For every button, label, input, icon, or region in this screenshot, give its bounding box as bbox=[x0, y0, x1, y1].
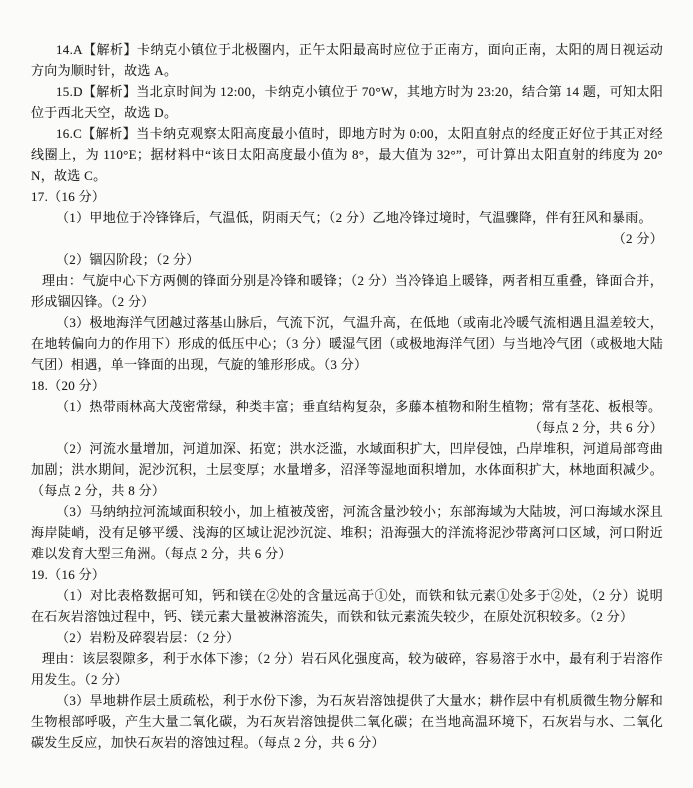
answer-15: 15.D【解析】当北京时间为 12:00，卡纳克小镇位于 70°W，其地方时为 … bbox=[31, 81, 663, 123]
answer-18-part1: （1）热带雨林高大茂密常绿，种类丰富；垂直结构复杂，多藤本植物和附生植物；常有茎… bbox=[31, 396, 663, 417]
answer-18-part2: （2）河流水量增加，河道加深、拓宽；洪水泛滥，水域面积扩大，凹岸侵蚀，凸岸堆积，… bbox=[31, 438, 663, 501]
answer-17-part2-reason: 理由：气旋中心下方两侧的锋面分别是冷锋和暖锋；（2 分）当冷锋追上暖锋，两者相互… bbox=[31, 270, 663, 312]
answer-key-text-column: 14.A【解析】卡纳克小镇位于北极圈内，正午太阳最高时应位于正南方，面向正南，太… bbox=[31, 39, 663, 753]
answer-19-part2-reason: 理由：该层裂隙多，利于水体下渗；（2 分）岩石风化强度高，较为破碎，容易溶于水中… bbox=[31, 648, 663, 690]
question-19-header: 19.（16 分） bbox=[31, 564, 663, 585]
question-17-header: 17.（16 分） bbox=[31, 186, 663, 207]
answer-17-part3: （3）极地海洋气团越过落基山脉后，气流下沉，气温升高，在低地（或南北冷暖气流相遇… bbox=[31, 312, 663, 375]
answer-17-part1-score: （2 分） bbox=[31, 228, 663, 249]
answer-19-part2: （2）岩粉及碎裂岩层：（2 分） bbox=[31, 627, 663, 648]
answer-16: 16.C【解析】当卡纳克观察太阳高度最小值时，即地方时为 0:00，太阳直射点的… bbox=[31, 123, 663, 186]
answer-19-part3: （3）旱地耕作层土质疏松，利于水份下渗，为石灰岩溶蚀提供了大量水；耕作层中有机质… bbox=[31, 690, 663, 753]
question-18-header: 18.（20 分） bbox=[31, 375, 663, 396]
answer-19-part1: （1）对比表格数据可知，钙和镁在②处的含量远高于①处，而铁和钛元素①处多于②处，… bbox=[31, 585, 663, 627]
answer-17-part1: （1）甲地位于冷锋锋后，气温低，阴雨天气；（2 分）乙地冷锋过境时，气温骤降，伴… bbox=[31, 207, 663, 228]
answer-18-part1-score: （每点 2 分，共 6 分） bbox=[31, 417, 663, 438]
answer-14: 14.A【解析】卡纳克小镇位于北极圈内，正午太阳最高时应位于正南方，面向正南，太… bbox=[31, 39, 663, 81]
scanned-answer-page: 14.A【解析】卡纳克小镇位于北极圈内，正午太阳最高时应位于正南方，面向正南，太… bbox=[0, 0, 693, 788]
answer-17-part2: （2）锢囚阶段；（2 分） bbox=[31, 249, 663, 270]
answer-18-part3: （3）马纳纳拉河流域面积较小，加上植被茂密，河流含量沙较小；东部海域为大陆坡，河… bbox=[31, 501, 663, 564]
